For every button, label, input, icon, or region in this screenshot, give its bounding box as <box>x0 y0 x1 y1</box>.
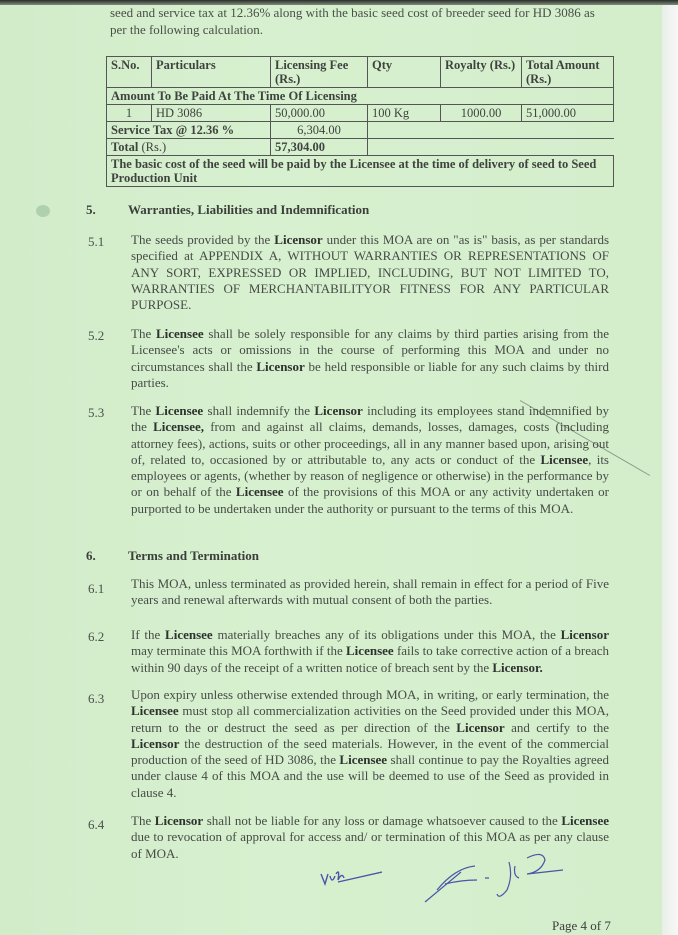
particulars-cell: HD 3086 <box>152 105 271 122</box>
intro-paragraph: seed and service tax at 12.36% along wit… <box>110 4 610 38</box>
clause-number: 5.2 <box>88 328 104 344</box>
clause-number: 6.4 <box>88 817 104 833</box>
note-row: The basic cost of the seed will be paid … <box>107 156 614 187</box>
fee-table: S.No. Particulars Licensing Fee (Rs.) Qt… <box>106 56 614 187</box>
royalty-cell: 1000.00 <box>441 105 522 122</box>
clause-5-1: The seeds provided by the Licensor under… <box>131 232 609 313</box>
clause-number: 6.2 <box>88 629 104 645</box>
clause-5-3: The Licensee shall indemnify the Licenso… <box>131 403 609 517</box>
service-tax-row: Service Tax @ 12.36 % 6,304.00 <box>107 122 614 139</box>
clause-number: 6.3 <box>88 691 104 707</box>
clause-5-2: The Licensee shall be solely responsible… <box>131 326 609 391</box>
section-number: 5. <box>86 202 96 218</box>
total-row: Total (Rs.) 57,304.00 <box>107 139 614 156</box>
col-header: Particulars <box>152 57 271 88</box>
clause-6-1: This MOA, unless terminated as provided … <box>131 576 609 609</box>
table-header-row: S.No. Particulars Licensing Fee (Rs.) Qt… <box>107 57 614 88</box>
section-label: Amount To Be Paid At The Time Of Licensi… <box>107 88 614 105</box>
service-tax-label: Service Tax @ 12.36 % <box>107 122 271 139</box>
clause-number: 5.3 <box>88 405 104 421</box>
clause-number: 5.1 <box>88 234 104 250</box>
total-label: Total (Rs.) <box>107 139 271 156</box>
clause-number: 6.1 <box>88 581 104 597</box>
col-header: Royalty (Rs.) <box>441 57 522 88</box>
clause-6-3: Upon expiry unless otherwise extended th… <box>131 687 609 801</box>
clause-6-2: If the Licensee materially breaches any … <box>131 627 609 676</box>
ink-smudge <box>36 205 50 217</box>
col-header: Licensing Fee (Rs.) <box>271 57 368 88</box>
initials-signature-icon <box>318 862 388 890</box>
section-number: 6. <box>86 548 96 564</box>
full-signature-icon <box>415 850 565 908</box>
table-row: 1 HD 3086 50,000.00 100 Kg 1000.00 51,00… <box>107 105 614 122</box>
section-title: Warranties, Liabilities and Indemnificat… <box>128 202 369 218</box>
licensing-fee-cell: 50,000.00 <box>271 105 368 122</box>
page-number: Page 4 of 7 <box>552 918 611 934</box>
col-header: Total Amount (Rs.) <box>522 57 614 88</box>
section-title: Terms and Termination <box>128 548 259 564</box>
qty-cell: 100 Kg <box>368 105 441 122</box>
sno-cell: 1 <box>107 105 152 122</box>
page-edge <box>662 0 678 935</box>
service-tax-value: 6,304.00 <box>271 122 368 139</box>
col-header: Qty <box>368 57 441 88</box>
payment-note: The basic cost of the seed will be paid … <box>107 156 614 187</box>
col-header: S.No. <box>107 57 152 88</box>
total-cell: 51,000.00 <box>522 105 614 122</box>
table-section-row: Amount To Be Paid At The Time Of Licensi… <box>107 88 614 105</box>
total-value: 57,304.00 <box>271 139 368 156</box>
